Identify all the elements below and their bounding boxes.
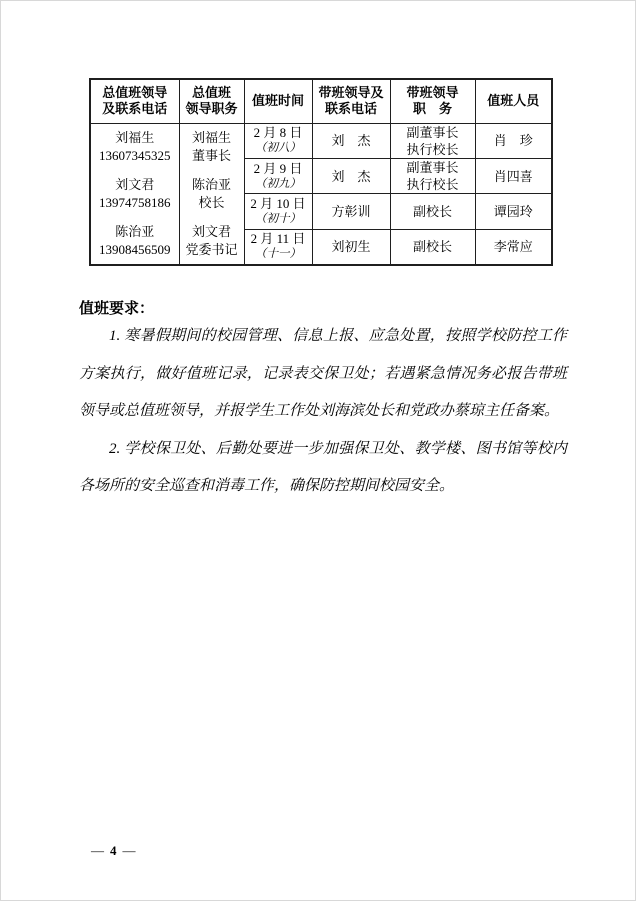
requirements-heading: 值班要求： xyxy=(79,297,154,318)
duty-person-cell: 肖 珍 xyxy=(475,123,552,158)
duty-person-cell: 李常应 xyxy=(475,229,552,264)
duty-date-lunar: （初九） xyxy=(245,177,312,192)
duty-date: 2 月 8 日 xyxy=(245,125,312,141)
shift-leader-name-cell: 刘 杰 xyxy=(312,158,390,193)
duty-schedule-table: 总值班领导 及联系电话 总值班 领导职务 值班时间 带班领导及 联系电话 带班领… xyxy=(89,78,553,266)
shift-leader-title-cell: 副董事长 执行校长 xyxy=(390,123,475,158)
chief-position-title: 党委书记 xyxy=(180,241,244,259)
duty-date-lunar: （十一） xyxy=(245,247,312,262)
duty-date: 2 月 10 日 xyxy=(245,196,312,212)
header-duty-person: 值班人员 xyxy=(475,79,552,123)
chief-leader-name: 刘文君 xyxy=(91,176,179,194)
header-line: 总值班领导 xyxy=(91,85,179,101)
requirement-paragraph-1: 1. 寒暑假期间的校园管理、信息上报、应急处置，按照学校防控工作方案执行，做好值… xyxy=(79,318,567,431)
shift-leader-title: 副董事长 xyxy=(391,159,475,176)
chief-position-title: 董事长 xyxy=(180,147,244,165)
duty-date-cell: 2 月 11 日 （十一） xyxy=(244,229,312,264)
header-shift-leader-position: 带班领导 职 务 xyxy=(390,79,475,123)
page-number-footer: —4— xyxy=(91,843,137,859)
chief-leader-phone: 13908456509 xyxy=(91,241,179,259)
header-line: 值班时间 xyxy=(245,93,312,109)
duty-date: 2 月 11 日 xyxy=(245,231,312,247)
chief-leader-phone: 13974758186 xyxy=(91,194,179,212)
header-line: 领导职务 xyxy=(180,101,244,117)
duty-date-cell: 2 月 9 日 （初九） xyxy=(244,158,312,193)
chief-leader-name: 陈治亚 xyxy=(91,223,179,241)
duty-date-cell: 2 月 10 日 （初十） xyxy=(244,194,312,229)
header-line: 及联系电话 xyxy=(91,101,179,117)
shift-leader-title-cell: 副董事长 执行校长 xyxy=(390,158,475,193)
duty-date-cell: 2 月 8 日 （初八） xyxy=(244,123,312,158)
header-line: 联系电话 xyxy=(313,101,390,117)
header-line: 带班领导 xyxy=(391,85,475,101)
chief-position-entry: 刘文君 党委书记 xyxy=(180,223,244,259)
table-header-row: 总值班领导 及联系电话 总值班 领导职务 值班时间 带班领导及 联系电话 带班领… xyxy=(90,79,552,123)
chief-leader-entry: 刘文君 13974758186 xyxy=(91,176,179,212)
duty-person-cell: 肖四喜 xyxy=(475,158,552,193)
duty-date-lunar: （初十） xyxy=(245,212,312,227)
chief-position-title: 校长 xyxy=(180,194,244,212)
chief-leader-phone: 13607345325 xyxy=(91,147,179,165)
shift-leader-title: 副校长 xyxy=(391,238,475,255)
header-line: 职 务 xyxy=(391,101,475,117)
header-shift-leader-contact: 带班领导及 联系电话 xyxy=(312,79,390,123)
shift-leader-title: 执行校长 xyxy=(391,141,475,158)
requirement-paragraph-2: 2. 学校保卫处、后勤处要进一步加强保卫处、教学楼、图书馆等校内各场所的安全巡查… xyxy=(79,431,567,506)
header-line: 总值班 xyxy=(180,85,244,101)
shift-leader-title: 副董事长 xyxy=(391,124,475,141)
chief-position-entry: 陈治亚 校长 xyxy=(180,176,244,212)
chief-position-name: 刘文君 xyxy=(180,223,244,241)
shift-leader-title: 副校长 xyxy=(391,203,475,220)
shift-leader-name-cell: 刘初生 xyxy=(312,229,390,264)
footer-dash-left: — xyxy=(91,843,105,858)
footer-dash-right: — xyxy=(123,843,137,858)
chief-leader-contact-cell: 刘福生 13607345325 刘文君 13974758186 陈治亚 1390… xyxy=(90,123,179,265)
header-chief-leader-position: 总值班 领导职务 xyxy=(179,79,244,123)
shift-leader-title-cell: 副校长 xyxy=(390,229,475,264)
chief-leader-name: 刘福生 xyxy=(91,129,179,147)
document-page: 总值班领导 及联系电话 总值班 领导职务 值班时间 带班领导及 联系电话 带班领… xyxy=(0,0,636,901)
chief-position-name: 刘福生 xyxy=(180,129,244,147)
chief-position-entry: 刘福生 董事长 xyxy=(180,129,244,165)
header-line: 值班人员 xyxy=(476,93,552,109)
duty-date-lunar: （初八） xyxy=(245,141,312,156)
chief-leader-entry: 刘福生 13607345325 xyxy=(91,129,179,165)
shift-leader-name-cell: 刘 杰 xyxy=(312,123,390,158)
shift-leader-title-cell: 副校长 xyxy=(390,194,475,229)
shift-leader-title: 执行校长 xyxy=(391,176,475,193)
header-duty-time: 值班时间 xyxy=(244,79,312,123)
header-line: 带班领导及 xyxy=(313,85,390,101)
duty-date: 2 月 9 日 xyxy=(245,161,312,177)
page-number: 4 xyxy=(105,843,123,858)
header-chief-leader-contact: 总值班领导 及联系电话 xyxy=(90,79,179,123)
chief-leader-position-cell: 刘福生 董事长 陈治亚 校长 刘文君 党委书记 xyxy=(179,123,244,265)
chief-position-name: 陈治亚 xyxy=(180,176,244,194)
duty-person-cell: 谭园玲 xyxy=(475,194,552,229)
shift-leader-name-cell: 方彰训 xyxy=(312,194,390,229)
table-row: 刘福生 13607345325 刘文君 13974758186 陈治亚 1390… xyxy=(90,123,552,158)
chief-leader-entry: 陈治亚 13908456509 xyxy=(91,223,179,259)
requirements-body: 1. 寒暑假期间的校园管理、信息上报、应急处置，按照学校防控工作方案执行，做好值… xyxy=(79,318,567,506)
